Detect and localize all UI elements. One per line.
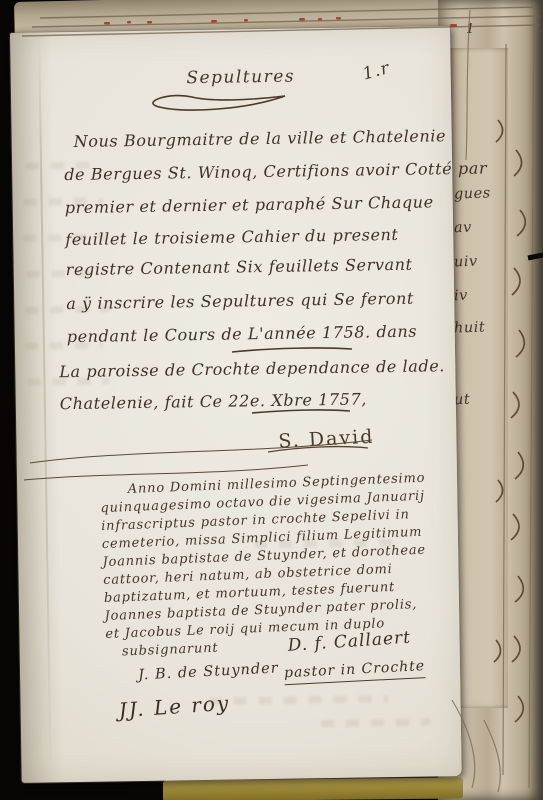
margin-fragment: av	[454, 220, 472, 237]
margin-fragment: huit	[454, 319, 486, 336]
book-cover-bottom-edge	[163, 777, 463, 800]
photo-scene: gues av uiv iv huit ut 1 Sepultures 1.r …	[0, 0, 543, 800]
margin-fragment: gues	[454, 185, 491, 202]
latin-line: subsignarunt	[122, 641, 219, 660]
margin-fragment: uiv	[454, 254, 478, 271]
manuscript-page: Sepultures 1.r Nous Bourgmaitre de la vi…	[10, 26, 462, 783]
margin-fragment: ut	[454, 392, 471, 409]
corner-numeral: 1	[466, 22, 474, 37]
margin-fragment: iv	[454, 288, 468, 304]
